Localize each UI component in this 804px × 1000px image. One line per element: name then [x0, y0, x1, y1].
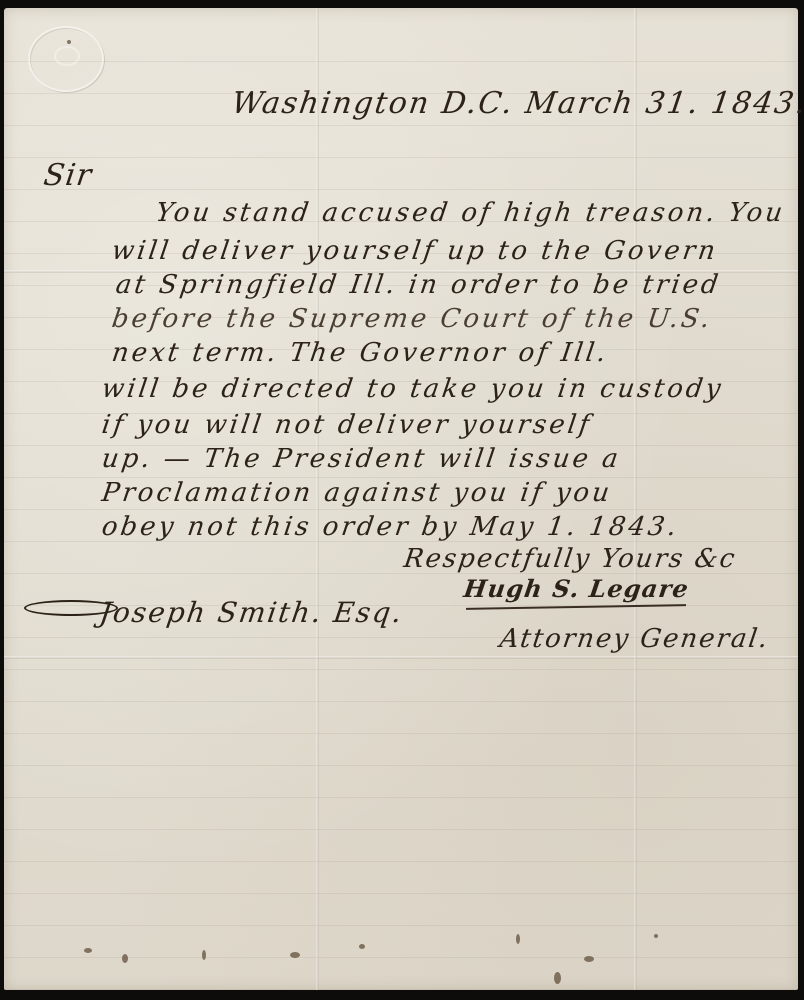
salutation: Sir — [42, 158, 95, 193]
dateline: Washington D.C. March 31. 1843. — [230, 86, 804, 121]
ink-blot — [67, 40, 71, 44]
ink-blot — [84, 948, 92, 953]
signer-title: Attorney General. — [498, 624, 771, 654]
fold-crease — [4, 656, 798, 659]
ink-blot — [554, 972, 561, 984]
body-line: will deliver yourself up to the Govern — [110, 236, 720, 266]
body-line: if you will not deliver yourself — [100, 410, 594, 440]
ink-blot — [290, 952, 300, 958]
ink-blot — [359, 944, 365, 949]
fold-crease — [634, 8, 637, 990]
ink-blot — [202, 950, 206, 960]
body-line: Proclamation against you if you — [100, 478, 614, 508]
addressee: Joseph Smith. Esq. — [98, 596, 406, 629]
ink-blot — [584, 956, 594, 962]
body-line: before the Supreme Court of the U.S. — [110, 304, 715, 334]
body-line: next term. The Governor of Ill. — [110, 338, 611, 368]
ink-blot — [122, 954, 128, 963]
embossed-seal-icon — [28, 26, 104, 92]
ink-blot — [516, 934, 520, 944]
signature: Hugh S. Legare — [462, 574, 691, 603]
closing: Respectfully Yours &c — [402, 544, 739, 574]
body-line: obey not this order by May 1. 1843. — [100, 512, 681, 542]
ink-blot — [654, 934, 658, 938]
letter-paper: Washington D.C. March 31. 1843. Sir You … — [4, 8, 798, 990]
body-line: up. — The President will issue a — [100, 444, 623, 474]
body-line: will be directed to take you in custody — [100, 374, 726, 404]
body-line: at Springfield Ill. in order to be tried — [114, 270, 723, 300]
body-line: You stand accused of high treason. You — [154, 198, 787, 228]
